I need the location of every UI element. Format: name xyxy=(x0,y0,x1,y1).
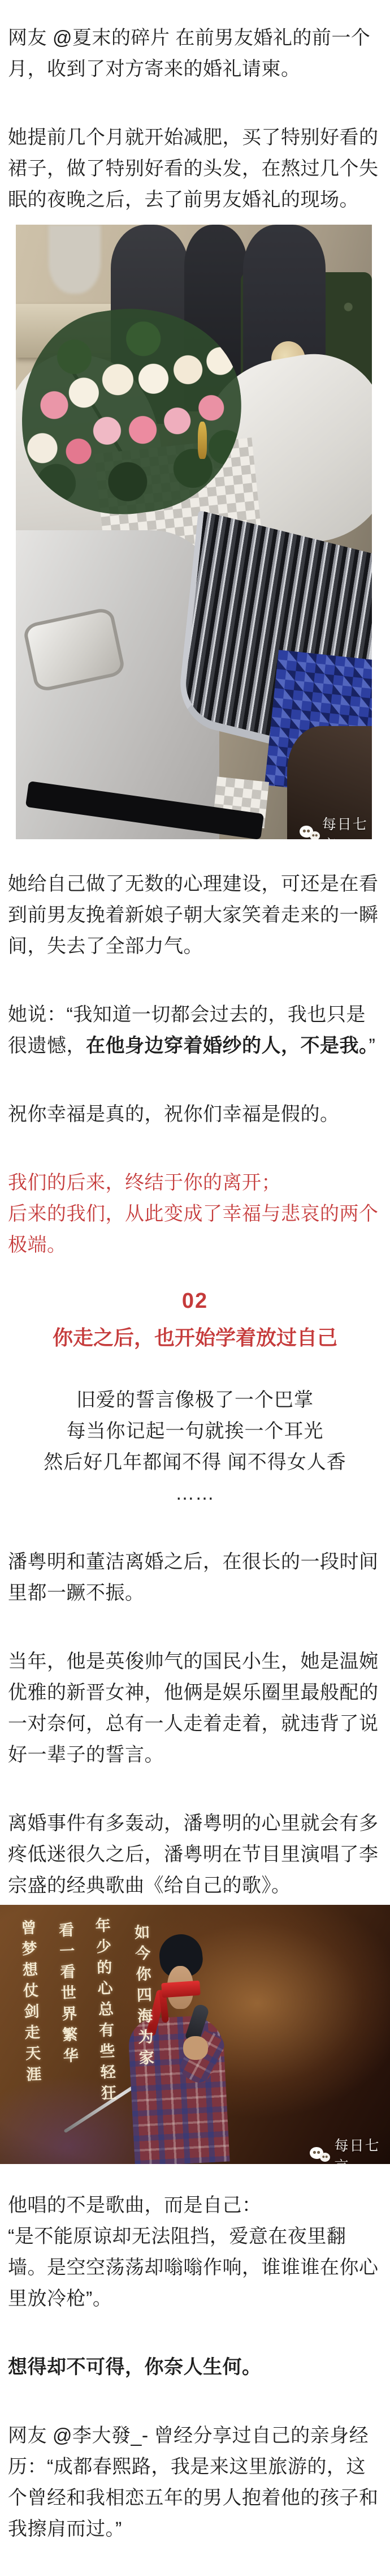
watermark-text: 每日七言 xyxy=(334,2135,390,2164)
paragraph-intro: 网友 @夏末的碎片 在前男友婚礼的前一个月，收到了对方寄来的婚礼请柬。 xyxy=(8,23,382,85)
red-emphasis-block: 我们的后来，终结于你的离开； 后来的我们，从此变成了幸福与悲哀的两个极端。 xyxy=(8,1167,382,1261)
concert-photo[interactable]: 如今你四海为家 年少的心总有些轻狂 看一看世界繁华 曾梦想仗剑走天涯 每日七言 xyxy=(0,1905,390,2164)
section-title: 你走之后，也开始学着放过自己 xyxy=(8,1322,382,1354)
paragraph-preparation: 她提前几个月就开始减肥，买了特别好看的裙子，做了特别好看的头发，在熬过几个失眠的… xyxy=(8,122,382,216)
paragraph-bold-conclusion: 想得却不可得，你奈人生何。 xyxy=(8,2352,382,2383)
paragraph-quote-regret: 她说：“我知道一切都会过去的，我也只是很遗憾，在他身边穿着婚纱的人，不是我。” xyxy=(8,999,382,1062)
lyric-line: …… xyxy=(8,1478,382,1509)
wechat-bubbles-icon xyxy=(310,2146,330,2164)
paragraph-divorce: 潘粤明和董洁离婚之后，在很长的一段时间里都一蹶不振。 xyxy=(8,1547,382,1609)
wedding-car-photo[interactable]: 每日七言 xyxy=(16,225,372,839)
blurred-guest xyxy=(49,225,101,294)
lyrics-block: 旧爱的誓言像极了一个巴掌 每当你记起一句就挨一个耳光 然后好几年都闻不得 闻不得… xyxy=(8,1385,382,1509)
paragraph-wish: 祝你幸福是真的，祝你们幸福是假的。 xyxy=(8,1099,382,1130)
paragraph-he-sings: 他唱的不是歌曲，而是自己： xyxy=(8,2190,382,2221)
section-number: 02 xyxy=(8,1287,382,1315)
watermark: 每日七言 xyxy=(300,813,372,839)
lyric-line: 然后好几年都闻不得 闻不得女人香 xyxy=(8,1447,382,1478)
paragraph-song: 离婚事件有多轰动，潘粤明的心里就会有多疼低迷很久之后，潘粤明在节目里演唱了李宗盛… xyxy=(8,1808,382,1901)
bold-quote: 在他身边穿着婚纱的人，不是我。 xyxy=(86,1035,369,1057)
article-page: 网友 @夏末的碎片 在前男友婚礼的前一个月，收到了对方寄来的婚礼请柬。 她提前几… xyxy=(0,0,390,2576)
red-line: 后来的我们，从此变成了幸福与悲哀的两个极端。 xyxy=(8,1199,382,1261)
red-line: 我们的后来，终结于你的离开； xyxy=(8,1167,382,1199)
wechat-bubbles-icon xyxy=(300,825,318,839)
lyric-line: 旧爱的誓言像极了一个巴掌 xyxy=(8,1385,382,1416)
paragraph-netizen-story: 网友 @李大發_- 曾经分享过自己的亲身经历：“成都春熙路，我是来这里旅游的，这… xyxy=(8,2420,382,2545)
watermark: 每日七言 xyxy=(310,2135,390,2164)
lyric-line: 每当你记起一句就挨一个耳光 xyxy=(8,1416,382,1447)
watermark-text: 每日七言 xyxy=(322,813,372,839)
paragraph-back-then: 当年，他是英俊帅气的国民小生，她是温婉优雅的新晋女神，他俩是娱乐圈里最般配的一对… xyxy=(8,1646,382,1771)
gold-hood-ornament xyxy=(198,422,207,459)
vignette xyxy=(0,1905,390,2164)
paragraph-lyrics-quote: “是不能原谅却无法阻挡，爱意在夜里翻墙。是空空荡荡却嗡嗡作响，谁谁谁在你心里放冷… xyxy=(8,2221,382,2315)
paragraph-at-wedding: 她给自己做了无数的心理建设，可还是在看到前男友挽着新娘子朝大家笑着走来的一瞬间，… xyxy=(8,869,382,962)
